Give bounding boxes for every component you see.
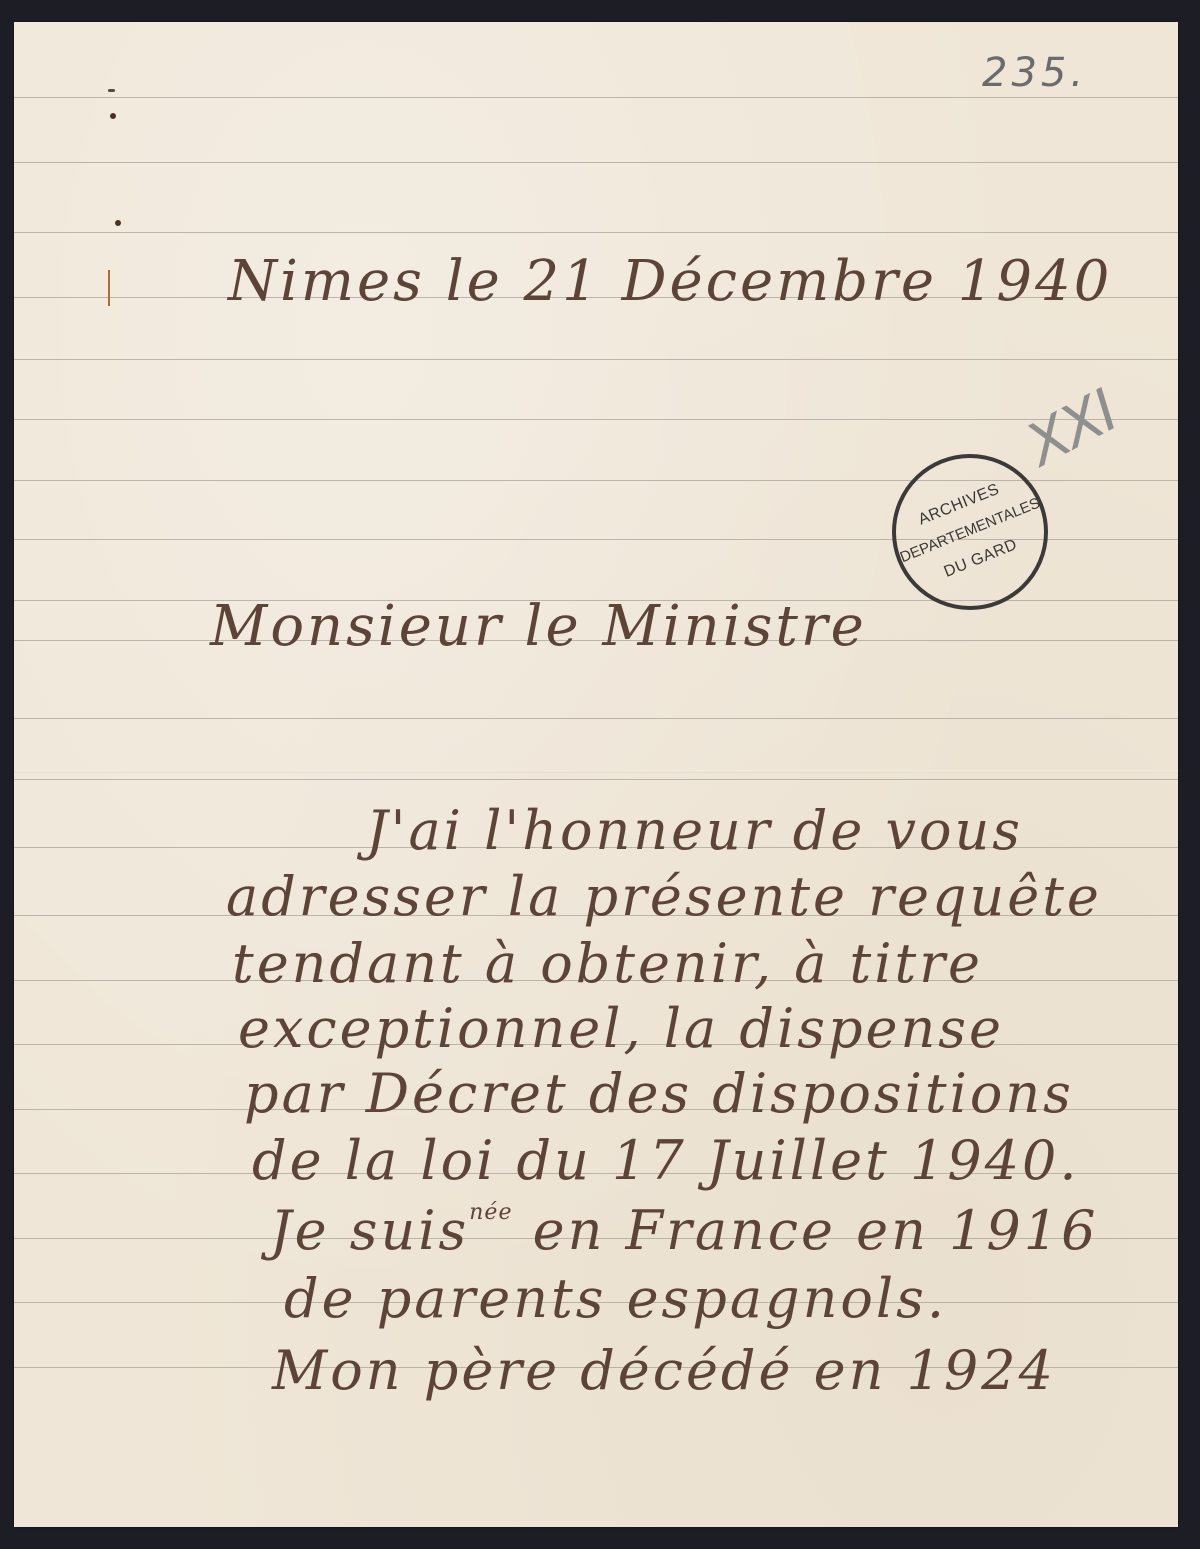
salutation: Monsieur le Ministre: [210, 599, 867, 655]
body-line-3: tendant à obtenir, à titre: [232, 937, 983, 991]
body-line-6: de la loi du 17 Juillet 1940.: [252, 1134, 1080, 1188]
paper-fold: [14, 770, 1178, 773]
body-line-2: adresser la présente requête: [226, 870, 1102, 924]
dateline: Nimes le 21 Décembre 1940: [228, 254, 1112, 310]
rule-line: [14, 779, 1178, 780]
body-line-7: Je suisnée en France en 1916: [270, 1202, 1099, 1258]
margin-tick-mark: [108, 270, 110, 306]
letter-page: 235. Nimes le 21 Décembre 1940 XXI ARCHI…: [14, 22, 1178, 1527]
staple-hole: [115, 220, 121, 226]
body-line-7-start: Je suis: [270, 1199, 469, 1262]
rule-line: [14, 419, 1178, 420]
rule-line: [14, 97, 1178, 98]
body-line-5: par Décret des dispositions: [244, 1067, 1074, 1121]
rule-line: [14, 232, 1178, 233]
body-line-1: J'ai l'honneur de vous: [366, 804, 1023, 858]
staple-mark: [108, 89, 115, 92]
rule-line: [14, 359, 1178, 360]
body-line-8: de parents espagnols.: [284, 1272, 947, 1326]
staple-hole: [110, 113, 116, 119]
pencil-archive-mark: XXI: [1015, 377, 1127, 480]
rule-line: [14, 162, 1178, 163]
rule-line: [14, 718, 1178, 719]
body-line-7-end: en France en 1916: [533, 1199, 1099, 1262]
body-line-4: exceptionnel, la dispense: [238, 1002, 1004, 1056]
body-line-9: Mon père décédé en 1924: [272, 1344, 1056, 1398]
inserted-word-nee: née: [469, 1200, 512, 1225]
folio-number: 235.: [982, 50, 1087, 96]
